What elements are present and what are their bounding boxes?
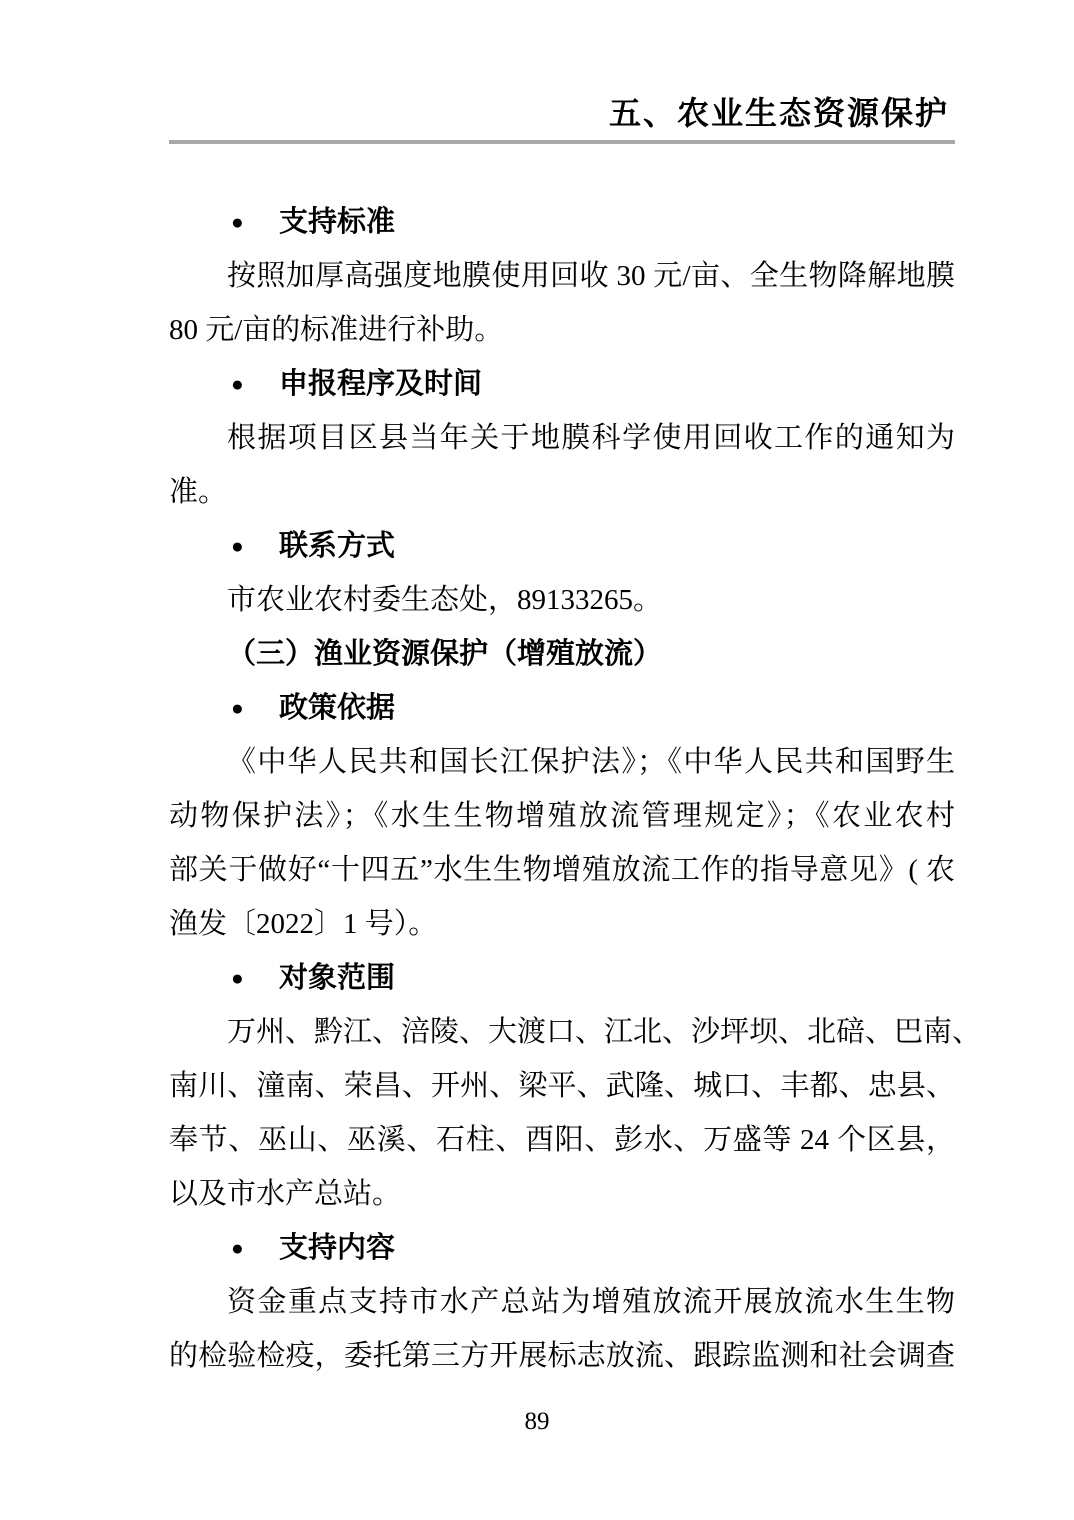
- bullet-heading: ●申报程序及时间: [169, 357, 955, 411]
- bullet-heading-label: 支持内容: [279, 1232, 395, 1264]
- bullet-heading: ●联系方式: [169, 519, 955, 573]
- bullet-heading-label: 申报程序及时间: [279, 368, 482, 400]
- bullet-icon: ●: [231, 681, 279, 735]
- bullet-heading-label: 对象范围: [279, 962, 395, 994]
- document-body: ●支持标准 按照加厚高强度地膜使用回收 30 元/亩、全生物降解地膜 80 元/…: [169, 195, 955, 1383]
- bullet-heading: ●支持标准: [169, 195, 955, 249]
- bullet-heading-label: 联系方式: [279, 530, 395, 562]
- page-header: 五、农业生态资源保护: [169, 92, 955, 144]
- paragraph-line: 南川、潼南、荣昌、开州、梁平、武隆、城口、丰都、忠县、: [169, 1059, 955, 1113]
- paragraph-line: 渔发〔2022〕1 号）。: [169, 897, 955, 951]
- bullet-heading-label: 支持标准: [279, 206, 395, 238]
- paragraph-line: 准。: [169, 465, 955, 519]
- paragraph-line: 部关于做好“十四五”水生生物增殖放流工作的指导意见》( 农: [169, 843, 955, 897]
- paragraph-line: 《中华人民共和国长江保护法》；《中华人民共和国野生: [169, 735, 955, 789]
- paragraph-line: 以及市水产总站。: [169, 1167, 955, 1221]
- bullet-icon: ●: [231, 357, 279, 411]
- bullet-icon: ●: [231, 519, 279, 573]
- paragraph-line: 资金重点支持市水产总站为增殖放流开展放流水生生物: [169, 1275, 955, 1329]
- bullet-icon: ●: [231, 951, 279, 1005]
- bullet-icon: ●: [231, 195, 279, 249]
- bullet-heading: ●支持内容: [169, 1221, 955, 1275]
- header-rule-divider: [169, 140, 955, 144]
- header-title: 五、农业生态资源保护: [169, 92, 955, 134]
- paragraph-line: 动物保护法》；《水生生物增殖放流管理规定》；《农业农村: [169, 789, 955, 843]
- bullet-heading: ●对象范围: [169, 951, 955, 1005]
- paragraph-line: 万州、黔江、涪陵、大渡口、江北、沙坪坝、北碚、巴南、: [169, 1005, 955, 1059]
- paragraph-line: 80 元/亩的标准进行补助。: [169, 303, 955, 357]
- document-page: 五、农业生态资源保护 ●支持标准 按照加厚高强度地膜使用回收 30 元/亩、全生…: [0, 0, 1074, 1520]
- bullet-icon: ●: [231, 1221, 279, 1275]
- paragraph-line: 的检验检疫，委托第三方开展标志放流、跟踪监测和社会调查: [169, 1329, 955, 1383]
- paragraph-line: 奉节、巫山、巫溪、石柱、酉阳、彭水、万盛等 24 个区县，: [169, 1113, 955, 1167]
- section-heading: （三）渔业资源保护（增殖放流）: [169, 627, 955, 681]
- paragraph-line: 根据项目区县当年关于地膜科学使用回收工作的通知为: [169, 411, 955, 465]
- paragraph-line: 按照加厚高强度地膜使用回收 30 元/亩、全生物降解地膜: [169, 249, 955, 303]
- page-footer: 89: [0, 1408, 1074, 1436]
- bullet-heading: ●政策依据: [169, 681, 955, 735]
- page-number: 89: [525, 1408, 550, 1435]
- paragraph-line: 市农业农村委生态处，89133265。: [169, 573, 955, 627]
- bullet-heading-label: 政策依据: [279, 692, 395, 724]
